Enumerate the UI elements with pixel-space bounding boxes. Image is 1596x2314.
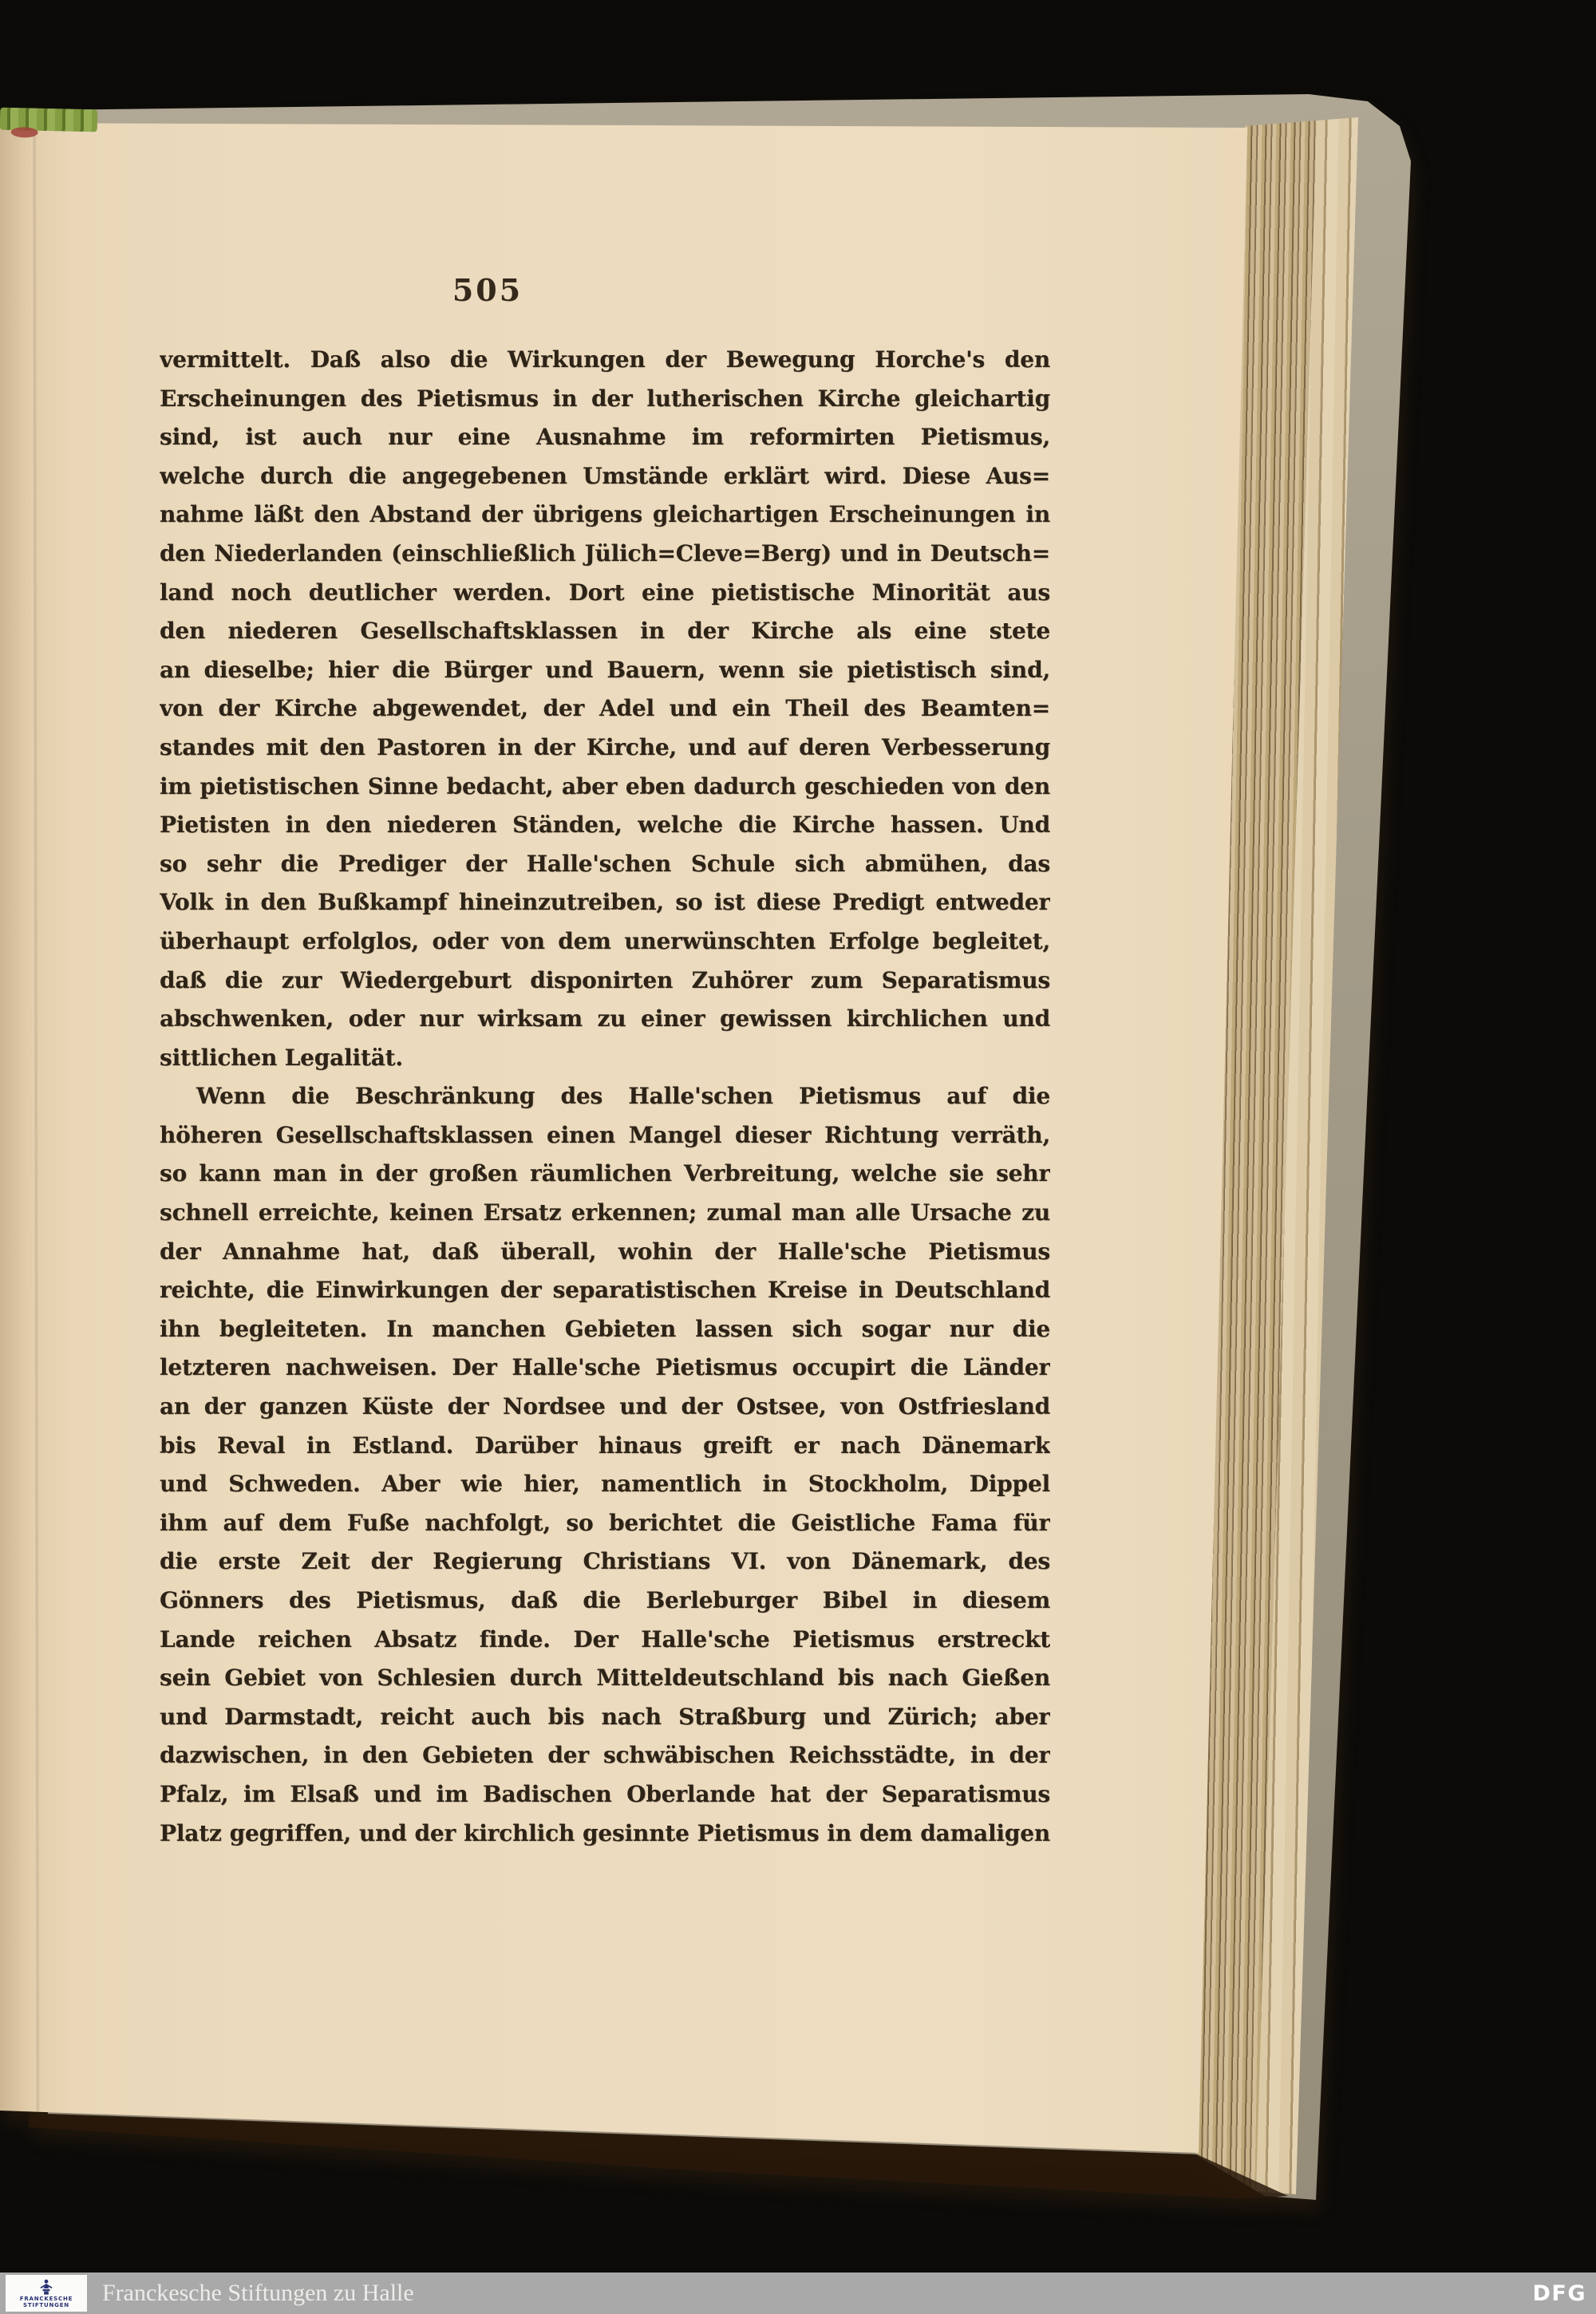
text-line: höheren Gesellschaftsklassen einen Mange… [160, 1116, 1050, 1155]
text-line: im pietistischen Sinne bedacht, aber ebe… [160, 768, 1050, 807]
text-line: Platz gegriffen, und der kirchlich gesin… [160, 1814, 1050, 1854]
logo-text-line1: FRANCKESCHE [20, 2296, 73, 2302]
text-line: den Niederlanden (einschließlich Jülich=… [160, 535, 1050, 574]
text-line: so kann man in der großen räumlichen Ver… [160, 1155, 1050, 1194]
logo-text-line2: STIFTUNGEN [20, 2302, 73, 2308]
text-line: so sehr die Prediger der Halle'schen Sch… [160, 845, 1050, 884]
text-line: reichte, die Einwirkungen der separatist… [160, 1271, 1050, 1310]
dfg-logo: DFG [1532, 2273, 1586, 2314]
page-text: vermittelt. Daß also die Wirkungen der B… [160, 341, 1050, 1853]
text-line: Gönners des Pietismus, daß die Berleburg… [160, 1581, 1050, 1621]
text-line: an der ganzen Küste der Nordsee und der … [160, 1388, 1050, 1427]
text-line: sittlichen Legalität. [160, 1039, 1050, 1078]
text-line: land noch deutlicher werden. Dort eine p… [160, 574, 1050, 613]
text-line: und Schweden. Aber wie hier, namentlich … [160, 1465, 1050, 1504]
text-line: Wenn die Beschränkung des Halle'schen Pi… [160, 1077, 1050, 1116]
text-line: daß die zur Wiedergeburt disponirten Zuh… [160, 962, 1050, 1001]
text-line: ihm auf dem Fuße nachfolgt, so berichtet… [160, 1504, 1050, 1543]
franckesche-logo: FRANCKESCHE STIFTUNGEN [6, 2275, 87, 2312]
text-line: standes mit den Pastoren in der Kirche, … [160, 729, 1050, 768]
book: 505 vermittelt. Daß also die Wirkungen d… [0, 0, 1596, 2314]
institution-name: Franckesche Stiftungen zu Halle [102, 2273, 414, 2314]
page-number: 505 [444, 272, 531, 308]
text-line: der Annahme hat, daß überall, wohin der … [160, 1233, 1050, 1272]
text-line: Erscheinungen des Pietismus in der luthe… [160, 380, 1050, 419]
text-line: den niederen Gesellschaftsklassen in der… [160, 612, 1050, 651]
text-line: bis Reval in Estland. Darüber hinaus gre… [160, 1427, 1050, 1466]
franckesche-logo-text: FRANCKESCHE STIFTUNGEN [20, 2296, 73, 2308]
text-line: sind, ist auch nur eine Ausnahme im refo… [160, 418, 1050, 457]
text-line: Volk in den Bußkampf hineinzutreiben, so… [160, 883, 1050, 922]
scan-background: 505 vermittelt. Daß also die Wirkungen d… [0, 0, 1596, 2314]
viewer-footer-bar: FRANCKESCHE STIFTUNGEN Franckesche Stift… [0, 2273, 1596, 2314]
franckesche-emblem-icon [38, 2279, 55, 2295]
text-line: ihn begleiteten. In manchen Gebieten las… [160, 1310, 1050, 1349]
text-line: dazwischen, in den Gebieten der schwäbis… [160, 1736, 1050, 1775]
text-line: schnell erreichte, keinen Ersatz erkenne… [160, 1194, 1050, 1233]
text-line: sein Gebiet von Schlesien durch Mittelde… [160, 1659, 1050, 1698]
text-line: überhaupt erfolglos, oder von dem unerwü… [160, 922, 1050, 962]
text-line: die erste Zeit der Regierung Christians … [160, 1542, 1050, 1581]
book-headband [0, 108, 97, 132]
text-line: an dieselbe; hier die Bürger und Bauern,… [160, 651, 1050, 690]
gutter-crease [32, 120, 38, 2115]
text-line: Pietisten in den niederen Ständen, welch… [160, 806, 1050, 845]
text-line: vermittelt. Daß also die Wirkungen der B… [160, 341, 1050, 380]
text-line: nahme läßt den Abstand der übrigens glei… [160, 496, 1050, 535]
text-line: Lande reichen Absatz finde. Der Halle'sc… [160, 1621, 1050, 1660]
text-line: Pfalz, im Elsaß und im Badischen Oberlan… [160, 1775, 1050, 1814]
text-line: letzteren nachweisen. Der Halle'sche Pie… [160, 1349, 1050, 1388]
text-line: abschwenken, oder nur wirksam zu einer g… [160, 1000, 1050, 1039]
text-line: von der Kirche abgewendet, der Adel und … [160, 689, 1050, 729]
text-line: und Darmstadt, reicht auch bis nach Stra… [160, 1698, 1050, 1737]
text-line: welche durch die angegebenen Umstände er… [160, 457, 1050, 496]
